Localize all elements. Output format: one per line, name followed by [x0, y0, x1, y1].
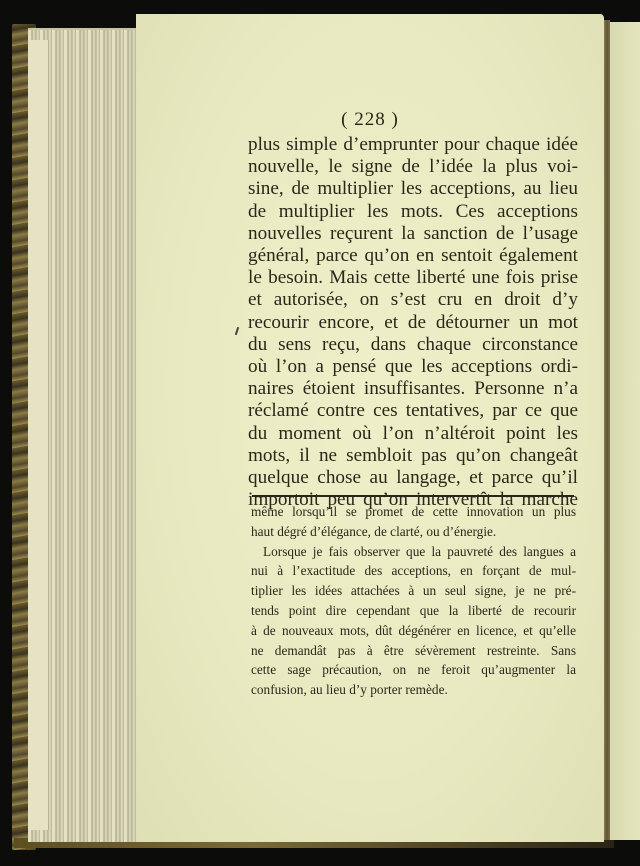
- footnote-line: même lorsqu’il se promet de cette innova…: [251, 502, 576, 522]
- text-line: et autorisée, on s’est cru en droit d’y: [248, 289, 578, 311]
- text-line: du moment où l’on n’altéroit point les: [248, 423, 578, 445]
- footnote-separator-rule: [252, 495, 574, 497]
- footnote-line: nui à l’exactitude des acceptions, en fo…: [251, 561, 576, 581]
- stacked-page-edges: [28, 28, 138, 842]
- text-line: de multiplier les mots. Ces acceptions: [248, 201, 578, 223]
- footnote-line: ne demandât pas à être sévèrement restre…: [251, 641, 576, 661]
- facing-page-edge: [610, 22, 640, 840]
- page-number: ( 228 ): [136, 109, 604, 131]
- text-line: mots, il ne sembloit pas qu’on changeât: [248, 445, 578, 467]
- text-line: sine, de multiplier les acceptions, au l…: [248, 178, 578, 200]
- text-line: naires étoient insuffisantes. Personne n…: [248, 378, 578, 400]
- footnote-line: haut dégré d’élégance, de clarté, ou d’é…: [251, 522, 576, 542]
- footnote-line: tiplier les idées attachées à un seul si…: [251, 581, 576, 601]
- text-line: réclamé contre ces tentatives, par ce qu…: [248, 400, 578, 422]
- footnote-line: Lorsque je fais observer que la pauvreté…: [251, 542, 576, 562]
- text-line: où l’on a pensé que les acceptions ordi-: [248, 356, 578, 378]
- footnote-line: à de nouveaux mots, dût dégénérer en lic…: [251, 621, 576, 641]
- text-line: nouvelles reçurent la sanction de l’usag…: [248, 223, 578, 245]
- text-line: du sens reçu, dans chaque circonstance: [248, 334, 578, 356]
- text-line: quelque chose au langage, et parce qu’il: [248, 467, 578, 489]
- text-line: le besoin. Mais cette liberté une fois p…: [248, 267, 578, 289]
- footnote-block: même lorsqu’il se promet de cette innova…: [251, 502, 576, 700]
- footnote-line: confusion, au lieu d’y porter remède.: [251, 680, 576, 700]
- paper-speck: [235, 327, 239, 335]
- footnote-line: cette sage précaution, on ne feroit qu’a…: [251, 660, 576, 680]
- flyleaf: [28, 40, 49, 830]
- text-line: recourir encore, et de détourner un mot: [248, 312, 578, 334]
- text-line: général, parce qu’on en sentoit égalemen…: [248, 245, 578, 267]
- text-line: plus simple d’emprunter pour chaque idée: [248, 134, 578, 156]
- text-line: nouvelle, le signe de l’idée la plus voi…: [248, 156, 578, 178]
- main-text-block: plus simple d’emprunter pour chaque idée…: [248, 134, 578, 511]
- book-page: ( 228 ) plus simple d’emprunter pour cha…: [136, 14, 604, 842]
- footnote-line: tends point dire cependant que la libert…: [251, 601, 576, 621]
